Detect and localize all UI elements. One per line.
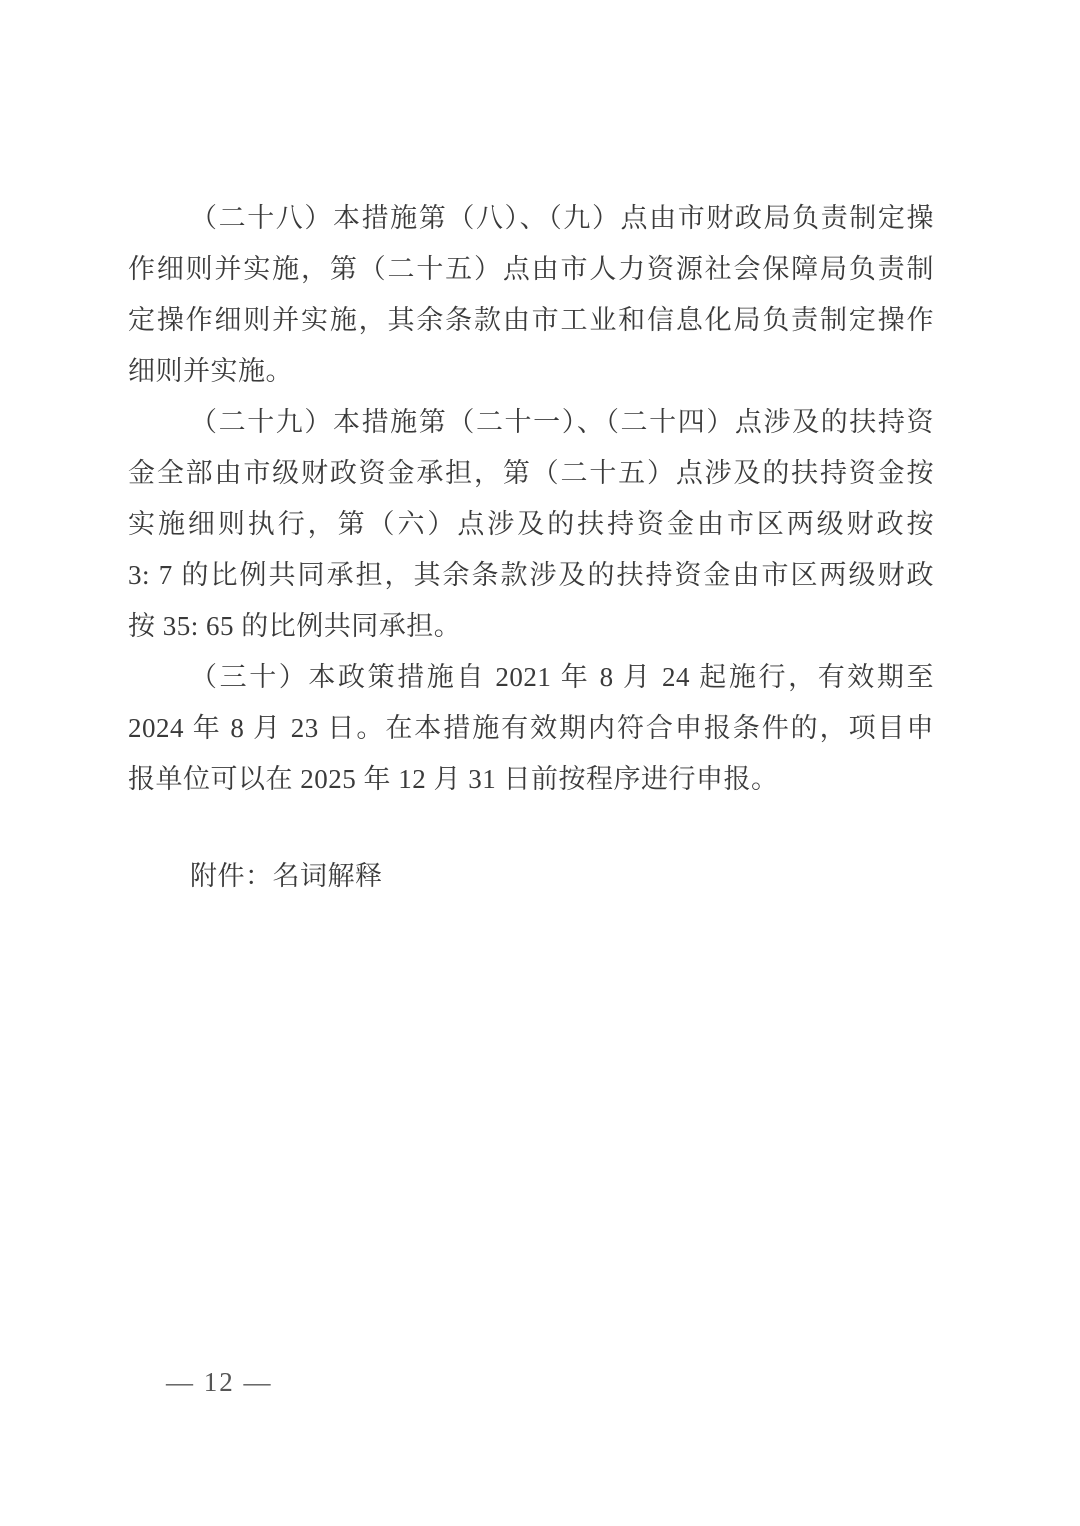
text-line: 细则并实施。 — [128, 346, 934, 397]
document-page: （二十八）本措施第（八）、（九）点由市财政局负责制定操 作细则并实施，第（二十五… — [0, 0, 1080, 1526]
attachment-line: 附件：名词解释 — [128, 851, 934, 902]
text-line: （三十）本政策措施自 2021 年 8 月 24 起施行，有效期至 — [128, 652, 934, 703]
text-line: 2024 年 8 月 23 日。在本措施有效期内符合申报条件的，项目申 — [128, 703, 934, 754]
page-number-footer: — 12 — — [166, 1366, 273, 1398]
page-number: — 12 — — [166, 1367, 273, 1397]
text-line: 定操作细则并实施，其余条款由市工业和信息化局负责制定操作 — [128, 295, 934, 346]
paragraph-item-29: （二十九）本措施第（二十一）、（二十四）点涉及的扶持资 金全部由市级财政资金承担… — [128, 397, 934, 652]
text-line: （二十八）本措施第（八）、（九）点由市财政局负责制定操 — [128, 193, 934, 244]
paragraph-item-28: （二十八）本措施第（八）、（九）点由市财政局负责制定操 作细则并实施，第（二十五… — [128, 193, 934, 397]
text-line: （二十九）本措施第（二十一）、（二十四）点涉及的扶持资 — [128, 397, 934, 448]
text-line: 作细则并实施，第（二十五）点由市人力资源社会保障局负责制 — [128, 244, 934, 295]
text-line: 金全部由市级财政资金承担，第（二十五）点涉及的扶持资金按 — [128, 448, 934, 499]
text-line: 报单位可以在 2025 年 12 月 31 日前按程序进行申报。 — [128, 754, 934, 805]
text-line: 3: 7 的比例共同承担，其余条款涉及的扶持资金由市区两级财政 — [128, 550, 934, 601]
document-body: （二十八）本措施第（八）、（九）点由市财政局负责制定操 作细则并实施，第（二十五… — [128, 193, 934, 902]
text-line: 实施细则执行，第（六）点涉及的扶持资金由市区两级财政按 — [128, 499, 934, 550]
paragraph-item-30: （三十）本政策措施自 2021 年 8 月 24 起施行，有效期至 2024 年… — [128, 652, 934, 805]
text-line: 按 35: 65 的比例共同承担。 — [128, 601, 934, 652]
